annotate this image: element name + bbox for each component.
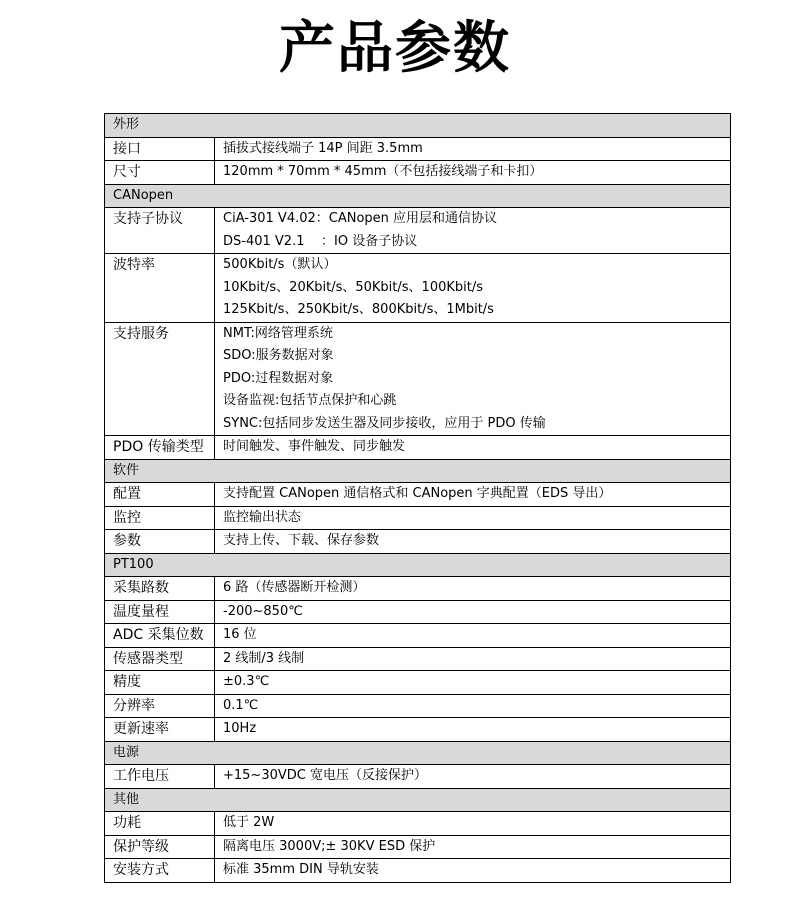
table-row: 支持子协议 CiA-301 V4.02：CANopen 应用层和通信协议 DS-… [105, 208, 731, 254]
section-header-power: 电源 [105, 741, 731, 765]
table-row: 采集路数6 路（传感器断开检测） [105, 577, 731, 601]
table-row: 波特率 500Kbit/s（默认） 10Kbit/s、20Kbit/s、50Kb… [105, 254, 731, 323]
row-label: 尺寸 [105, 161, 215, 185]
table-row: 接口插拔式接线端子 14P 间距 3.5mm [105, 137, 731, 161]
row-value: 隔离电压 3000V;± 30KV ESD 保护 [215, 835, 731, 859]
row-value: NMT:网络管理系统 SDO:服务数据对象 PDO:过程数据对象 设备监视:包括… [215, 322, 731, 436]
row-label: 分辨率 [105, 694, 215, 718]
row-value: CiA-301 V4.02：CANopen 应用层和通信协议 DS-401 V2… [215, 208, 731, 254]
row-value: +15~30VDC 宽电压（反接保护） [215, 765, 731, 789]
row-value: 16 位 [215, 624, 731, 648]
row-value: 10Hz [215, 718, 731, 742]
table-row: 安装方式标准 35mm DIN 导轨安装 [105, 859, 731, 883]
row-value: 支持配置 CANopen 通信格式和 CANopen 字典配置（EDS 导出） [215, 483, 731, 507]
row-value: -200~850℃ [215, 600, 731, 624]
table-row: 功耗低于 2W [105, 812, 731, 836]
table-row: 分辨率0.1℃ [105, 694, 731, 718]
row-value: 2 线制/3 线制 [215, 647, 731, 671]
table-row: 配置支持配置 CANopen 通信格式和 CANopen 字典配置（EDS 导出… [105, 483, 731, 507]
section-header-other: 其他 [105, 788, 731, 812]
row-label: 支持服务 [105, 322, 215, 436]
table-row: PDO 传输类型时间触发、事件触发、同步触发 [105, 436, 731, 460]
row-value: ±0.3℃ [215, 671, 731, 695]
table-row: 工作电压+15~30VDC 宽电压（反接保护） [105, 765, 731, 789]
row-label: 更新速率 [105, 718, 215, 742]
row-value: 支持上传、下载、保存参数 [215, 530, 731, 554]
row-label: 监控 [105, 506, 215, 530]
section-header-pt100: PT100 [105, 553, 731, 577]
row-label: 传感器类型 [105, 647, 215, 671]
row-label: 温度量程 [105, 600, 215, 624]
table-row: 温度量程-200~850℃ [105, 600, 731, 624]
row-label: ADC 采集位数 [105, 624, 215, 648]
table-row: 监控监控输出状态 [105, 506, 731, 530]
row-label: 接口 [105, 137, 215, 161]
row-label: 保护等级 [105, 835, 215, 859]
page-title: 产品参数 [0, 14, 790, 84]
row-label: 波特率 [105, 254, 215, 323]
row-label: 配置 [105, 483, 215, 507]
table-row: 参数支持上传、下载、保存参数 [105, 530, 731, 554]
table-row: 尺寸120mm * 70mm * 45mm（不包括接线端子和卡扣） [105, 161, 731, 185]
row-label: 工作电压 [105, 765, 215, 789]
table-row: 保护等级隔离电压 3000V;± 30KV ESD 保护 [105, 835, 731, 859]
section-header-software: 软件 [105, 459, 731, 483]
section-header-canopen: CANopen [105, 184, 731, 208]
spec-table: 外形 接口插拔式接线端子 14P 间距 3.5mm 尺寸120mm * 70mm… [104, 113, 731, 883]
section-header-appearance: 外形 [105, 114, 731, 138]
row-label: 支持子协议 [105, 208, 215, 254]
row-label: PDO 传输类型 [105, 436, 215, 460]
row-value: 插拔式接线端子 14P 间距 3.5mm [215, 137, 731, 161]
row-label: 采集路数 [105, 577, 215, 601]
row-value: 低于 2W [215, 812, 731, 836]
row-value: 标准 35mm DIN 导轨安装 [215, 859, 731, 883]
table-row: ADC 采集位数16 位 [105, 624, 731, 648]
table-row: 精度±0.3℃ [105, 671, 731, 695]
row-value: 0.1℃ [215, 694, 731, 718]
row-value: 监控输出状态 [215, 506, 731, 530]
table-row: 支持服务 NMT:网络管理系统 SDO:服务数据对象 PDO:过程数据对象 设备… [105, 322, 731, 436]
row-label: 安装方式 [105, 859, 215, 883]
row-value: 6 路（传感器断开检测） [215, 577, 731, 601]
row-label: 参数 [105, 530, 215, 554]
row-label: 功耗 [105, 812, 215, 836]
row-value: 时间触发、事件触发、同步触发 [215, 436, 731, 460]
table-row: 传感器类型2 线制/3 线制 [105, 647, 731, 671]
row-label: 精度 [105, 671, 215, 695]
row-value: 120mm * 70mm * 45mm（不包括接线端子和卡扣） [215, 161, 731, 185]
table-row: 更新速率10Hz [105, 718, 731, 742]
row-value: 500Kbit/s（默认） 10Kbit/s、20Kbit/s、50Kbit/s… [215, 254, 731, 323]
